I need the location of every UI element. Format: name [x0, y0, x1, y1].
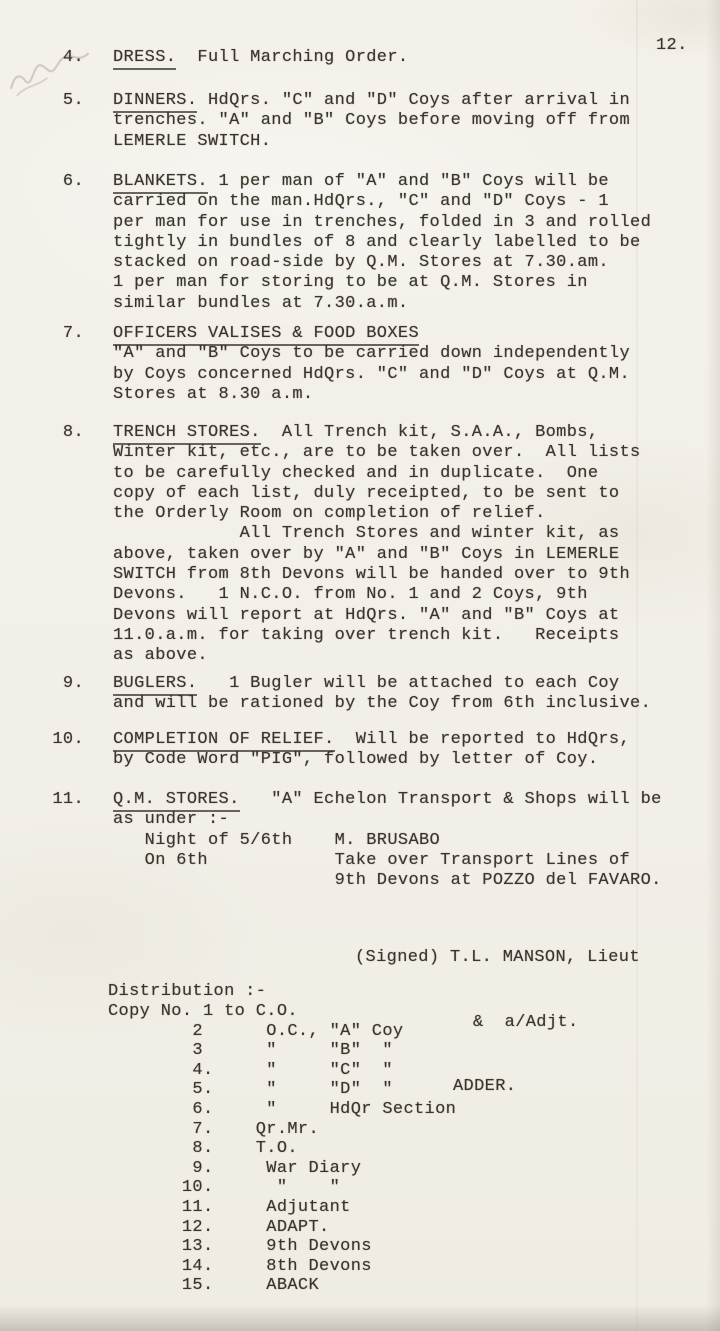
- signature-line-codeword: ADDER.: [453, 1076, 640, 1098]
- item-first-line-rest: Full Marching Order.: [176, 48, 408, 67]
- item-number: 8.: [38, 423, 84, 443]
- item-body: COMPLETION OF RELIEF. Will be reported t…: [113, 730, 690, 771]
- order-item: 8. TRENCH STORES. All Trench kit, S.A.A.…: [0, 423, 720, 667]
- item-heading: BUGLERS.: [113, 674, 197, 696]
- item-heading: BLANKETS.: [113, 172, 208, 194]
- order-item: 6. BLANKETS. 1 per man of "A" and "B" Co…: [0, 172, 720, 314]
- item-first-line-rest: All Trench kit, S.A.A., Bombs,: [261, 423, 599, 442]
- item-number: 9.: [38, 674, 84, 694]
- item-body: DRESS. Full Marching Order.: [113, 48, 690, 68]
- item-first-line-rest: 1 per man of "A" and "B" Coys will be: [208, 172, 609, 191]
- item-text-lines: carried on the man.HdQrs., "C" and "D" C…: [113, 192, 690, 314]
- item-first-line: TRENCH STORES. All Trench kit, S.A.A., B…: [113, 423, 690, 443]
- item-heading: COMPLETION OF RELIEF.: [113, 730, 335, 752]
- document-page: 12. 4. DRESS. Full Marching Order. 5. DI…: [0, 0, 720, 1331]
- item-first-line-rest: HdQrs. "C" and "D" Coys after arrival in: [197, 91, 630, 110]
- item-first-line: DRESS. Full Marching Order.: [113, 48, 690, 68]
- item-first-line-rest: "A" Echelon Transport & Shops will be: [240, 790, 662, 809]
- item-number: 10.: [38, 730, 84, 750]
- item-first-line-rest: Will be reported to HdQrs,: [335, 730, 630, 749]
- item-text-lines: and will be rationed by the Coy from 6th…: [113, 694, 690, 714]
- item-first-line: BLANKETS. 1 per man of "A" and "B" Coys …: [113, 172, 690, 192]
- distribution-heading: Distribution :-: [108, 982, 266, 1002]
- item-body: TRENCH STORES. All Trench kit, S.A.A., B…: [113, 423, 690, 667]
- item-number: 11.: [38, 790, 84, 810]
- item-body: BLANKETS. 1 per man of "A" and "B" Coys …: [113, 172, 690, 314]
- item-number: 5.: [38, 91, 84, 111]
- page-right-shadow: [706, 0, 720, 1331]
- order-item: 7. OFFICERS VALISES & FOOD BOXES "A" and…: [0, 324, 720, 405]
- item-first-line: DINNERS. HdQrs. "C" and "D" Coys after a…: [113, 91, 690, 111]
- item-first-line: COMPLETION OF RELIEF. Will be reported t…: [113, 730, 690, 750]
- item-first-line: Q.M. STORES. "A" Echelon Transport & Sho…: [113, 790, 690, 810]
- order-item: 4. DRESS. Full Marching Order.: [0, 48, 720, 68]
- order-item: 5. DINNERS. HdQrs. "C" and "D" Coys afte…: [0, 91, 720, 152]
- page-bottom-shadow: [0, 1305, 720, 1331]
- item-heading: OFFICERS VALISES & FOOD BOXES: [113, 324, 419, 346]
- item-text-lines: Winter kit, etc., are to be taken over. …: [113, 443, 690, 666]
- item-text-lines: by Code Word "PIG", followed by letter o…: [113, 750, 690, 770]
- order-item: 10. COMPLETION OF RELIEF. Will be report…: [0, 730, 720, 771]
- item-text-lines: trenches. "A" and "B" Coys before moving…: [113, 111, 690, 152]
- item-body: OFFICERS VALISES & FOOD BOXES "A" and "B…: [113, 324, 690, 405]
- item-number: 4.: [38, 48, 84, 68]
- item-body: DINNERS. HdQrs. "C" and "D" Coys after a…: [113, 91, 690, 152]
- item-heading: DINNERS.: [113, 91, 197, 113]
- item-text-lines: as under :- Night of 5/6th M. BRUSABO On…: [113, 810, 690, 891]
- item-body: Q.M. STORES. "A" Echelon Transport & Sho…: [113, 790, 690, 891]
- item-body: BUGLERS. 1 Bugler will be attached to ea…: [113, 674, 690, 715]
- item-number: 6.: [38, 172, 84, 192]
- distribution-list: Copy No. 1 to C.O. 2 O.C., "A" Coy 3 " "…: [108, 1002, 456, 1296]
- item-number: 7.: [38, 324, 84, 344]
- item-first-line-rest: 1 Bugler will be attached to each Coy: [197, 674, 619, 693]
- item-first-line: OFFICERS VALISES & FOOD BOXES: [113, 324, 690, 344]
- item-first-line: BUGLERS. 1 Bugler will be attached to ea…: [113, 674, 690, 694]
- item-heading: DRESS.: [113, 48, 176, 70]
- item-heading: Q.M. STORES.: [113, 790, 240, 812]
- signature-line-rank: & a/Adjt.: [473, 1012, 640, 1034]
- item-text-lines: "A" and "B" Coys to be carried down inde…: [113, 344, 690, 405]
- signature-line-signed: (Signed) T.L. MANSON, Lieut: [355, 947, 640, 969]
- item-heading: TRENCH STORES.: [113, 423, 261, 445]
- order-item: 11. Q.M. STORES. "A" Echelon Transport &…: [0, 790, 720, 891]
- order-item: 9. BUGLERS. 1 Bugler will be attached to…: [0, 674, 720, 715]
